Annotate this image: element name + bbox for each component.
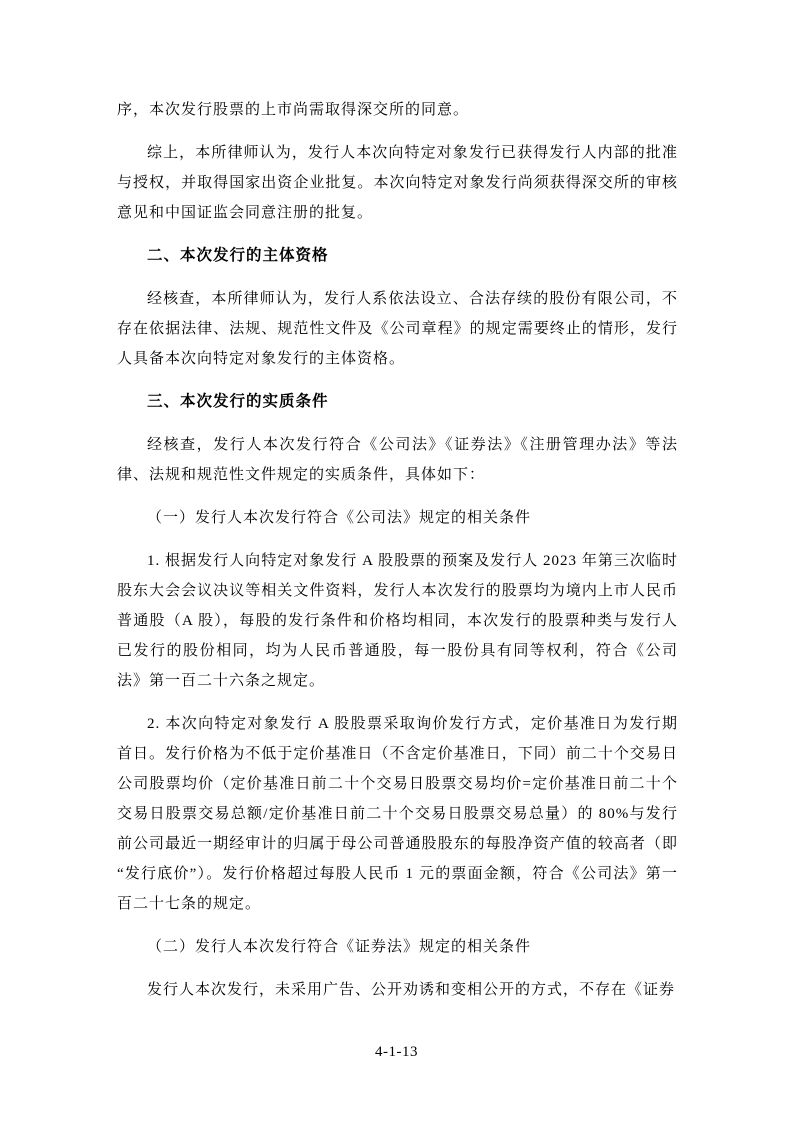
subsection-heading-securities-law: （二）发行人本次发行符合《证券法》规定的相关条件 [117,932,678,962]
document-page: 序，本次发行股票的上市尚需取得深交所的同意。 综上，本所律师认为，发行人本次向特… [0,0,793,1122]
page-number: 4-1-13 [0,1037,793,1067]
subsection-heading-company-law: （一）发行人本次发行符合《公司法》规定的相关条件 [117,503,678,533]
paragraph-subject-qualification: 经核查，本所律师认为，发行人系依法设立、合法存续的股份有限公司，不存在依据法律、… [117,284,678,374]
section-heading-subject-qualification: 二、本次发行的主体资格 [117,241,678,271]
paragraph-conclusion-approvals: 综上，本所律师认为，发行人本次向特定对象发行已获得发行人内部的批准与授权，并取得… [117,138,678,228]
section-heading-substantive-conditions: 三、本次发行的实质条件 [117,387,678,417]
paragraph-securities-law-start: 发行人本次发行，未采用广告、公开劝诱和变相公开的方式，不存在《证券 [117,975,678,1005]
paragraph-continuation: 序，本次发行股票的上市尚需取得深交所的同意。 [117,95,678,125]
paragraph-substantive-intro: 经核查，发行人本次发行符合《公司法》《证券法》《注册管理办法》等法律、法规和规范… [117,430,678,490]
paragraph-item-2-pricing: 2. 本次向特定对象发行 A 股股票采取询价发行方式，定价基准日为发行期首日。发… [117,709,678,919]
paragraph-item-1-share-class: 1. 根据发行人向特定对象发行 A 股股票的预案及发行人 2023 年第三次临时… [117,546,678,696]
